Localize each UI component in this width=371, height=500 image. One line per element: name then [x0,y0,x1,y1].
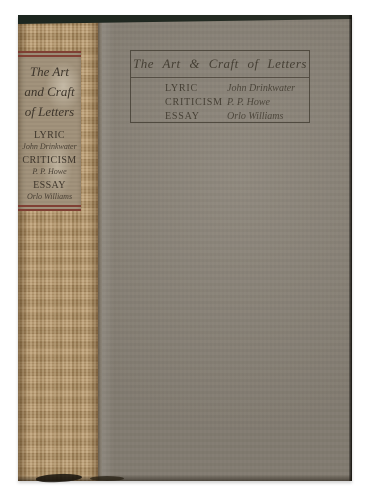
cover-genre-label: LYRIC [165,82,227,96]
spine-entries: LYRIC John Drinkwater CRITICISM P. P. Ho… [22,129,76,204]
spine-author-label: John Drinkwater [22,142,76,152]
spine-author-label: Orlo Williams [22,192,76,202]
spine-author-label: P. P. Howe [22,167,76,177]
spine-entry: ESSAY Orlo Williams [22,179,76,202]
cover-series-title: The Art & Craft of Letters [131,51,309,78]
spine-genre-label: ESSAY [22,179,76,192]
spine-entry: LYRIC John Drinkwater [22,129,76,152]
spine-genre-label: CRITICISM [22,154,76,167]
cover-entry-list: LYRIC John Drinkwater CRITICISM P. P. Ho… [131,78,309,124]
cover-entry-row: CRITICISM P. P. Howe [131,96,309,110]
cover-author-label: P. P. Howe [227,96,270,110]
spine-title-line: The Art [24,62,74,82]
cover-author-label: John Drinkwater [227,82,295,96]
spine-title-line: and Craft [24,82,74,102]
wear-mark [90,476,124,481]
cover-entry-row: LYRIC John Drinkwater [131,82,309,96]
cover-author-label: Orlo Williams [227,110,283,124]
cover-label-box: The Art & Craft of Letters LYRIC John Dr… [130,50,310,123]
photo-background: The Art and Craft of Letters LYRIC John … [0,0,371,500]
spine-title-line: of Letters [24,102,74,122]
right-board-edge-shadow [349,15,352,481]
cover-entry-row: ESSAY Orlo Williams [131,110,309,124]
cover-genre-label: CRITICISM [165,96,227,110]
book-front-cover: The Art & Craft of Letters LYRIC John Dr… [102,15,352,481]
spine-cover-hinge [98,15,102,481]
spine-red-rule-top [18,51,81,57]
spine-title: The Art and Craft of Letters [24,62,74,122]
spine-entry: CRITICISM P. P. Howe [22,154,76,177]
spine-genre-label: LYRIC [22,129,76,142]
cover-genre-label: ESSAY [165,110,227,124]
book-spine: The Art and Craft of Letters LYRIC John … [18,15,98,481]
spine-paper-label: The Art and Craft of Letters LYRIC John … [18,51,81,211]
spine-red-rule-bottom [18,205,81,211]
book: The Art and Craft of Letters LYRIC John … [18,15,352,481]
